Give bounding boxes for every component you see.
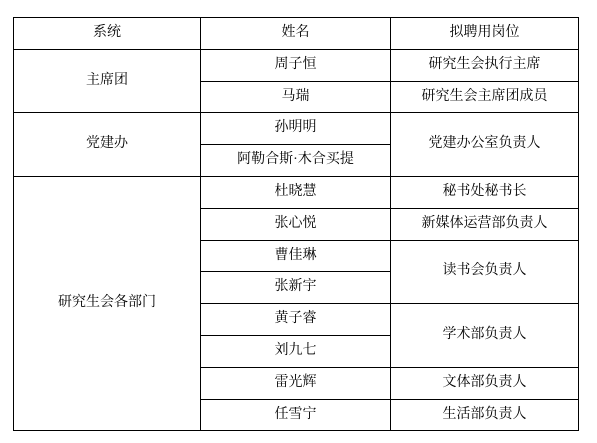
position-cell: 生活部负责人: [391, 399, 579, 431]
header-name: 姓名: [201, 18, 391, 50]
table-header-row: 系统 姓名 拟聘用岗位: [14, 18, 579, 50]
name-cell: 刘九七: [201, 335, 391, 367]
name-cell: 任雪宁: [201, 399, 391, 431]
document-page: 系统 姓名 拟聘用岗位 主席团 周子恒 研究生会执行主席 马瑞 研究生会主席团成…: [0, 0, 597, 443]
name-cell: 杜晓慧: [201, 176, 391, 208]
name-cell: 阿勒合斯·木合买提: [201, 145, 391, 177]
name-cell: 张心悦: [201, 208, 391, 240]
name-cell: 张新宇: [201, 272, 391, 304]
system-group-cell: 主席团: [14, 49, 201, 113]
name-cell: 雷光辉: [201, 367, 391, 399]
table-row: 党建办 孙明明 党建办公室负责人: [14, 113, 579, 145]
name-cell: 孙明明: [201, 113, 391, 145]
table-row: 主席团 周子恒 研究生会执行主席: [14, 49, 579, 81]
position-cell: 党建办公室负责人: [391, 113, 579, 177]
name-cell: 黄子睿: [201, 304, 391, 336]
header-system: 系统: [14, 18, 201, 50]
header-position: 拟聘用岗位: [391, 18, 579, 50]
name-cell: 周子恒: [201, 49, 391, 81]
position-cell: 研究生会主席团成员: [391, 81, 579, 113]
position-cell: 新媒体运营部负责人: [391, 208, 579, 240]
position-cell: 秘书处秘书长: [391, 176, 579, 208]
system-group-cell: 研究生会各部门: [14, 176, 201, 430]
recruitment-table: 系统 姓名 拟聘用岗位 主席团 周子恒 研究生会执行主席 马瑞 研究生会主席团成…: [13, 17, 579, 431]
name-cell: 曹佳琳: [201, 240, 391, 272]
position-cell: 读书会负责人: [391, 240, 579, 304]
position-cell: 文体部负责人: [391, 367, 579, 399]
position-cell: 学术部负责人: [391, 304, 579, 368]
name-cell: 马瑞: [201, 81, 391, 113]
system-group-cell: 党建办: [14, 113, 201, 177]
position-cell: 研究生会执行主席: [391, 49, 579, 81]
table-row: 研究生会各部门 杜晓慧 秘书处秘书长: [14, 176, 579, 208]
